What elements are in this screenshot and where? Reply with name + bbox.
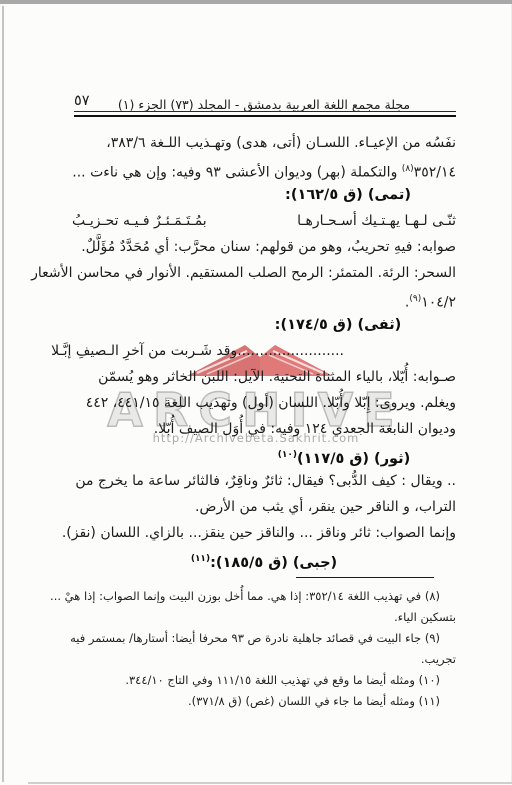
section-heading-text: (ثور) (ق ١١٧/٥) [297,451,410,467]
body-line: السحر: الرئة. المتمئر: الرمح الصلب المست… [72,260,456,286]
footnote-marker: (١٠) [278,450,297,460]
footnote-line: (١٠) ومثله أيضا ما وقع في تهذيب اللغة ١١… [72,670,456,691]
journal-title: مجلة مجمع اللغة العربية بدمشق - المجلد (… [72,97,456,112]
footnote-line: بتسكين الياء. [72,607,456,628]
scan-edge-top [0,0,512,4]
footnote-line: (٩) جاء البيت في قصائد جاهلية نادرة ص ٩٣… [72,628,456,649]
body-line: ١٠٤/٢(٩). [72,286,456,312]
verse-hemistich-right: ........................ [237,338,344,364]
header-double-rule [74,111,456,117]
section-heading: (ثفى) (ق ١٧٤/٥): [146,312,512,338]
scan-edge-bottom [28,782,512,784]
body-line: .. ويقال : كيف الدُّبى؟ فيقال: ثائرٌ ونا… [72,468,456,494]
body-text: نفَسُه من الإعيـاء. اللسـان (أتى، هدى) و… [72,130,456,572]
section-heading: (تمى) (ق ١٦٢/٥): [156,182,512,208]
intro-line: نفَسُه من الإعيـاء. اللسـان (أتى، هدى) و… [72,130,456,156]
body-line: وديوان النابغة الجعدي ١٢٤ وفيه: في أُوَل… [72,416,456,442]
intro-line-rest: والتكملة (بهر) وديوان الأعشى ٩٣ وفيه: وإ… [72,165,402,181]
scan-edge-left [2,6,4,782]
scanned-journal-page: ARCHIVE http://Archivebeta.Sakhrit.com ٥… [0,0,512,785]
footnote-line: (٨) في تهذيب اللغة ٣٥٢/١٤: إذا هي. مما أ… [72,586,456,607]
footnote-separator [296,577,434,578]
verse-line: ........................ وقد شَـربت من آ… [72,338,344,364]
footnote-line: تجريب. [72,649,456,670]
verse-line: ثنّـى لـهـا يهـتـيك أسـحـارهـا بمُـتَـمَ… [72,208,456,234]
citation-ref: ١٠٤/٢ [421,295,456,311]
section-heading-text: (جبى) (ق ١٨٥/٥): [210,555,337,571]
footnote-marker: (١١) [191,554,210,564]
body-line: صوابه: فيهِ تحريبُ، وهو من قولهم: سنان م… [72,234,456,260]
body-line: صـوابه: أُيّلا، بالياء المثناة التحتية. … [72,364,456,390]
section-heading: (جبى) (ق ١٨٥/٥):(١١) [72,546,456,572]
body-line: التراب، و الناقر حين ينقر، أي يثب من الأ… [72,494,456,520]
footnote-marker: (٩) [409,294,421,304]
footnotes: (٨) في تهذيب اللغة ٣٥٢/١٤: إذا هي. مما أ… [72,586,456,712]
footnote-line: (١١) ومثله أيضا ما جاء في اللسان (غص) (ق… [72,691,456,712]
footnote-marker: (٨) [402,164,414,174]
citation-ref: ٣٥٢/١٤ [414,165,456,181]
verse-hemistich-left: وقد شَـربت من آخرِ الـصيفِ إبَّـلا [51,338,237,364]
verse-hemistich-left: بمُـتَـمَـئـرٌ فـيـه تحـزيـبُ [72,208,207,234]
verse-hemistich-right: ثنّـى لـهـا يهـتـيك أسـحـارهـا [297,208,456,234]
intro-line: ٣٥٢/١٤(٨) والتكملة (بهر) وديوان الأعشى ٩… [72,156,456,182]
section-heading: (ثور) (ق ١١٧/٥)(١٠) [152,442,512,468]
body-line: وإنما الصواب: ثائر وناقز ... والناقز حين… [72,520,456,546]
body-line: ويغلم. ويروى: إِبّلا وأُبّلا. اللسان (أو… [72,390,456,416]
